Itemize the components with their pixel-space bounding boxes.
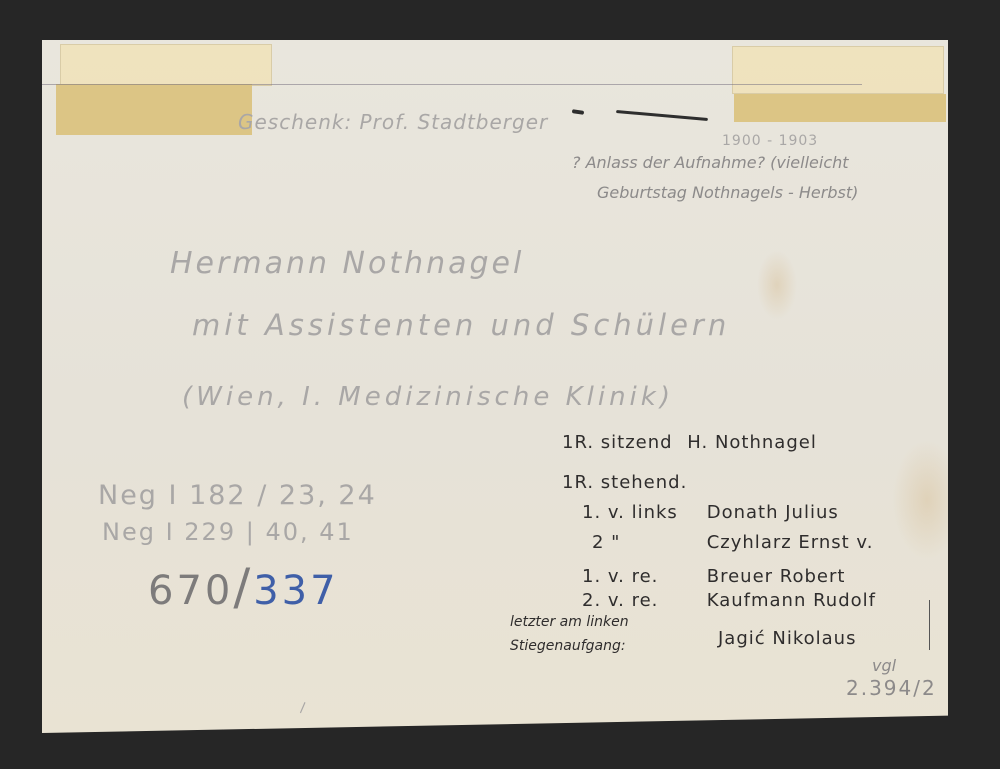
ink-mark-1: [572, 109, 584, 115]
id-name: H. Nothnagel: [687, 432, 817, 453]
negative-label: Neg I 229: [102, 518, 236, 546]
donor-note: Geschenk: Prof. Stadtberger: [238, 110, 548, 134]
ink-mark-2: [616, 110, 708, 121]
inventory-number-left: 670: [148, 568, 233, 614]
id-row-last-name: Jagić Nikolaus: [718, 628, 856, 649]
inventory-number: 670/337: [148, 558, 339, 616]
tape-top-right-light: [732, 46, 944, 94]
id-name: Breuer Robert: [707, 566, 846, 587]
negative-frames: 23, 24: [279, 480, 377, 511]
photo-card-back: Geschenk: Prof. Stadtberger 1900 - 1903 …: [42, 40, 948, 733]
id-position: 1R. sitzend: [562, 432, 673, 453]
date-note: 1900 - 1903: [722, 133, 818, 149]
stain-center: [757, 250, 797, 320]
id-row: 1. v. links Donath Julius: [582, 502, 839, 523]
id-row-last-position: letzter am linken Stiegenaufgang:: [510, 610, 670, 658]
id-position: 1. v. links: [582, 502, 700, 523]
id-row: 2. v. re. Kaufmann Rudolf: [582, 590, 876, 611]
caption-line2: mit Assistenten und Schülern: [192, 308, 730, 342]
id-row: 1R. sitzend H. Nothnagel: [562, 432, 817, 453]
id-name: Kaufmann Rudolf: [707, 590, 876, 611]
negative-ref-2: Neg I 229 | 40, 41: [102, 518, 354, 546]
id-position: 1. v. re.: [582, 566, 700, 587]
stain-right: [892, 440, 962, 560]
tape-top-right-dark: [734, 94, 946, 122]
id-row: 1R. stehend.: [562, 472, 687, 493]
id-name: Czyhlarz Ernst v.: [707, 532, 874, 553]
occasion-note-line2: Geburtstag Nothnagels - Herbst): [597, 183, 858, 202]
caption-line1: Hermann Nothnagel: [170, 246, 524, 281]
catalog-ref-prefix: vgl: [872, 656, 896, 675]
id-position: 1R. stehend.: [562, 472, 687, 493]
inventory-number-right: 337: [253, 568, 338, 614]
tape-top-left-light: [60, 44, 272, 86]
negative-label: Neg I 182: [98, 480, 247, 511]
id-position: 2 ": [592, 532, 700, 553]
id-row: 2 " Czyhlarz Ernst v.: [592, 532, 873, 553]
tape-top-left-dark: [56, 84, 252, 135]
negative-ref-1: Neg I 182 / 23, 24: [98, 480, 377, 511]
id-row: 1. v. re. Breuer Robert: [582, 566, 845, 587]
negative-frames: 40, 41: [265, 518, 353, 546]
id-position: 2. v. re.: [582, 590, 700, 611]
margin-line: [929, 600, 930, 650]
occasion-note-line1: ? Anlass der Aufnahme? (vielleicht: [572, 153, 849, 172]
pencil-guide-line: [42, 84, 862, 85]
caption-line3: (Wien, I. Medizinische Klinik): [182, 382, 674, 412]
pencil-mark-bottom: \: [296, 700, 308, 716]
catalog-ref-number: 2.394/2: [846, 676, 937, 700]
id-name: Donath Julius: [707, 502, 839, 523]
